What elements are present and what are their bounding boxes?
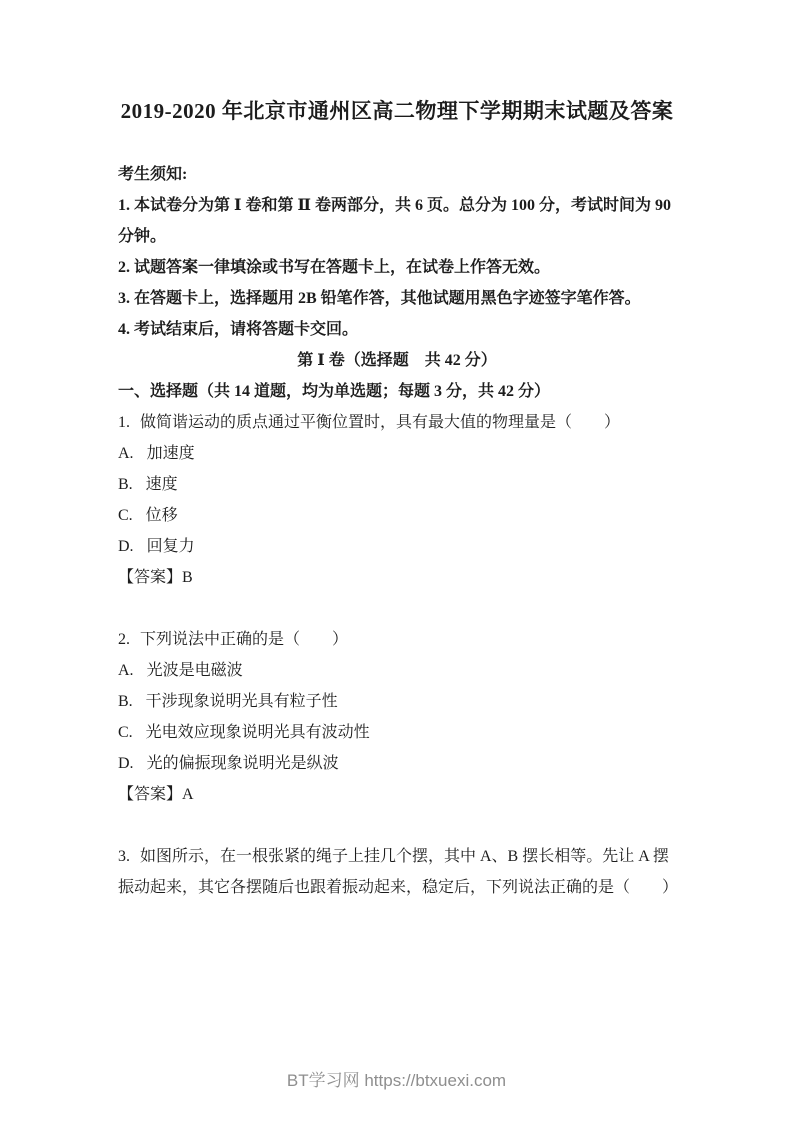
option-label: A. xyxy=(118,662,134,679)
document-content: 考生须知: 1. 本试卷分为第 Ⅰ 卷和第 Ⅱ 卷两部分，共 6 页。总分为 1… xyxy=(118,159,676,903)
option-label: A. xyxy=(118,445,134,462)
option-text: 光波是电磁波 xyxy=(147,662,243,679)
option-label: B. xyxy=(118,693,133,710)
option-label: C. xyxy=(118,507,133,524)
notice-item-4: 4. 考试结束后，请将答题卡交回。 xyxy=(118,314,676,345)
option-text: 回复力 xyxy=(147,538,195,555)
question-3-number: 3. xyxy=(118,848,130,865)
notice-heading: 考生须知: xyxy=(118,159,676,190)
section-heading: 第 Ⅰ 卷（选择题 共 42 分） xyxy=(118,345,676,376)
option-text: 干涉现象说明光具有粒子性 xyxy=(146,693,338,710)
option-label: D. xyxy=(118,538,134,555)
subsection-heading: 一、选择题（共 14 道题，均为单选题；每题 3 分，共 42 分） xyxy=(118,376,676,407)
question-2-text: 2.下列说法中正确的是（ ） xyxy=(118,624,676,655)
option-text: 光的偏振现象说明光是纵波 xyxy=(147,755,339,772)
document-page: 2019-2020 年北京市通州区高二物理下学期期末试题及答案 考生须知: 1.… xyxy=(0,0,793,1122)
notice-item-3: 3. 在答题卡上，选择题用 2B 铅笔作答，其他试题用黑色字迹签字笔作答。 xyxy=(118,283,676,314)
question-1-option-a: A.加速度 xyxy=(118,438,676,469)
question-3-stem: 如图所示，在一根张紧的绳子上挂几个摆，其中 A、B 摆长相等。先让 A 摆振动起… xyxy=(118,848,678,896)
question-1-answer: 【答案】B xyxy=(118,562,676,593)
question-1-option-d: D.回复力 xyxy=(118,531,676,562)
question-2: 2.下列说法中正确的是（ ） A.光波是电磁波 B.干涉现象说明光具有粒子性 C… xyxy=(118,624,676,810)
option-label: C. xyxy=(118,724,133,741)
question-1-text: 1.做简谐运动的质点通过平衡位置时，具有最大值的物理量是（ ） xyxy=(118,407,676,438)
page-title: 2019-2020 年北京市通州区高二物理下学期期末试题及答案 xyxy=(118,96,676,126)
question-2-answer: 【答案】A xyxy=(118,779,676,810)
option-label: D. xyxy=(118,755,134,772)
question-2-number: 2. xyxy=(118,631,130,648)
question-1-option-b: B.速度 xyxy=(118,469,676,500)
option-text: 位移 xyxy=(146,507,178,524)
question-2-option-a: A.光波是电磁波 xyxy=(118,655,676,686)
question-1-stem: 做简谐运动的质点通过平衡位置时，具有最大值的物理量是（ ） xyxy=(140,414,620,431)
question-2-stem: 下列说法中正确的是（ ） xyxy=(140,631,348,648)
notice-item-1: 1. 本试卷分为第 Ⅰ 卷和第 Ⅱ 卷两部分，共 6 页。总分为 100 分，考… xyxy=(118,190,676,252)
question-2-option-d: D.光的偏振现象说明光是纵波 xyxy=(118,748,676,779)
notice-item-2: 2. 试题答案一律填涂或书写在答题卡上，在试卷上作答无效。 xyxy=(118,252,676,283)
question-3-text: 3.如图所示，在一根张紧的绳子上挂几个摆，其中 A、B 摆长相等。先让 A 摆振… xyxy=(118,841,676,903)
question-1-option-c: C.位移 xyxy=(118,500,676,531)
watermark-footer: BT学习网 https://btxuexi.com xyxy=(0,1071,793,1091)
option-text: 光电效应现象说明光具有波动性 xyxy=(146,724,370,741)
question-1-number: 1. xyxy=(118,414,130,431)
question-1: 1.做简谐运动的质点通过平衡位置时，具有最大值的物理量是（ ） A.加速度 B.… xyxy=(118,407,676,593)
question-3: 3.如图所示，在一根张紧的绳子上挂几个摆，其中 A、B 摆长相等。先让 A 摆振… xyxy=(118,841,676,903)
option-text: 加速度 xyxy=(147,445,195,462)
question-2-option-c: C.光电效应现象说明光具有波动性 xyxy=(118,717,676,748)
option-text: 速度 xyxy=(146,476,178,493)
question-2-option-b: B.干涉现象说明光具有粒子性 xyxy=(118,686,676,717)
option-label: B. xyxy=(118,476,133,493)
